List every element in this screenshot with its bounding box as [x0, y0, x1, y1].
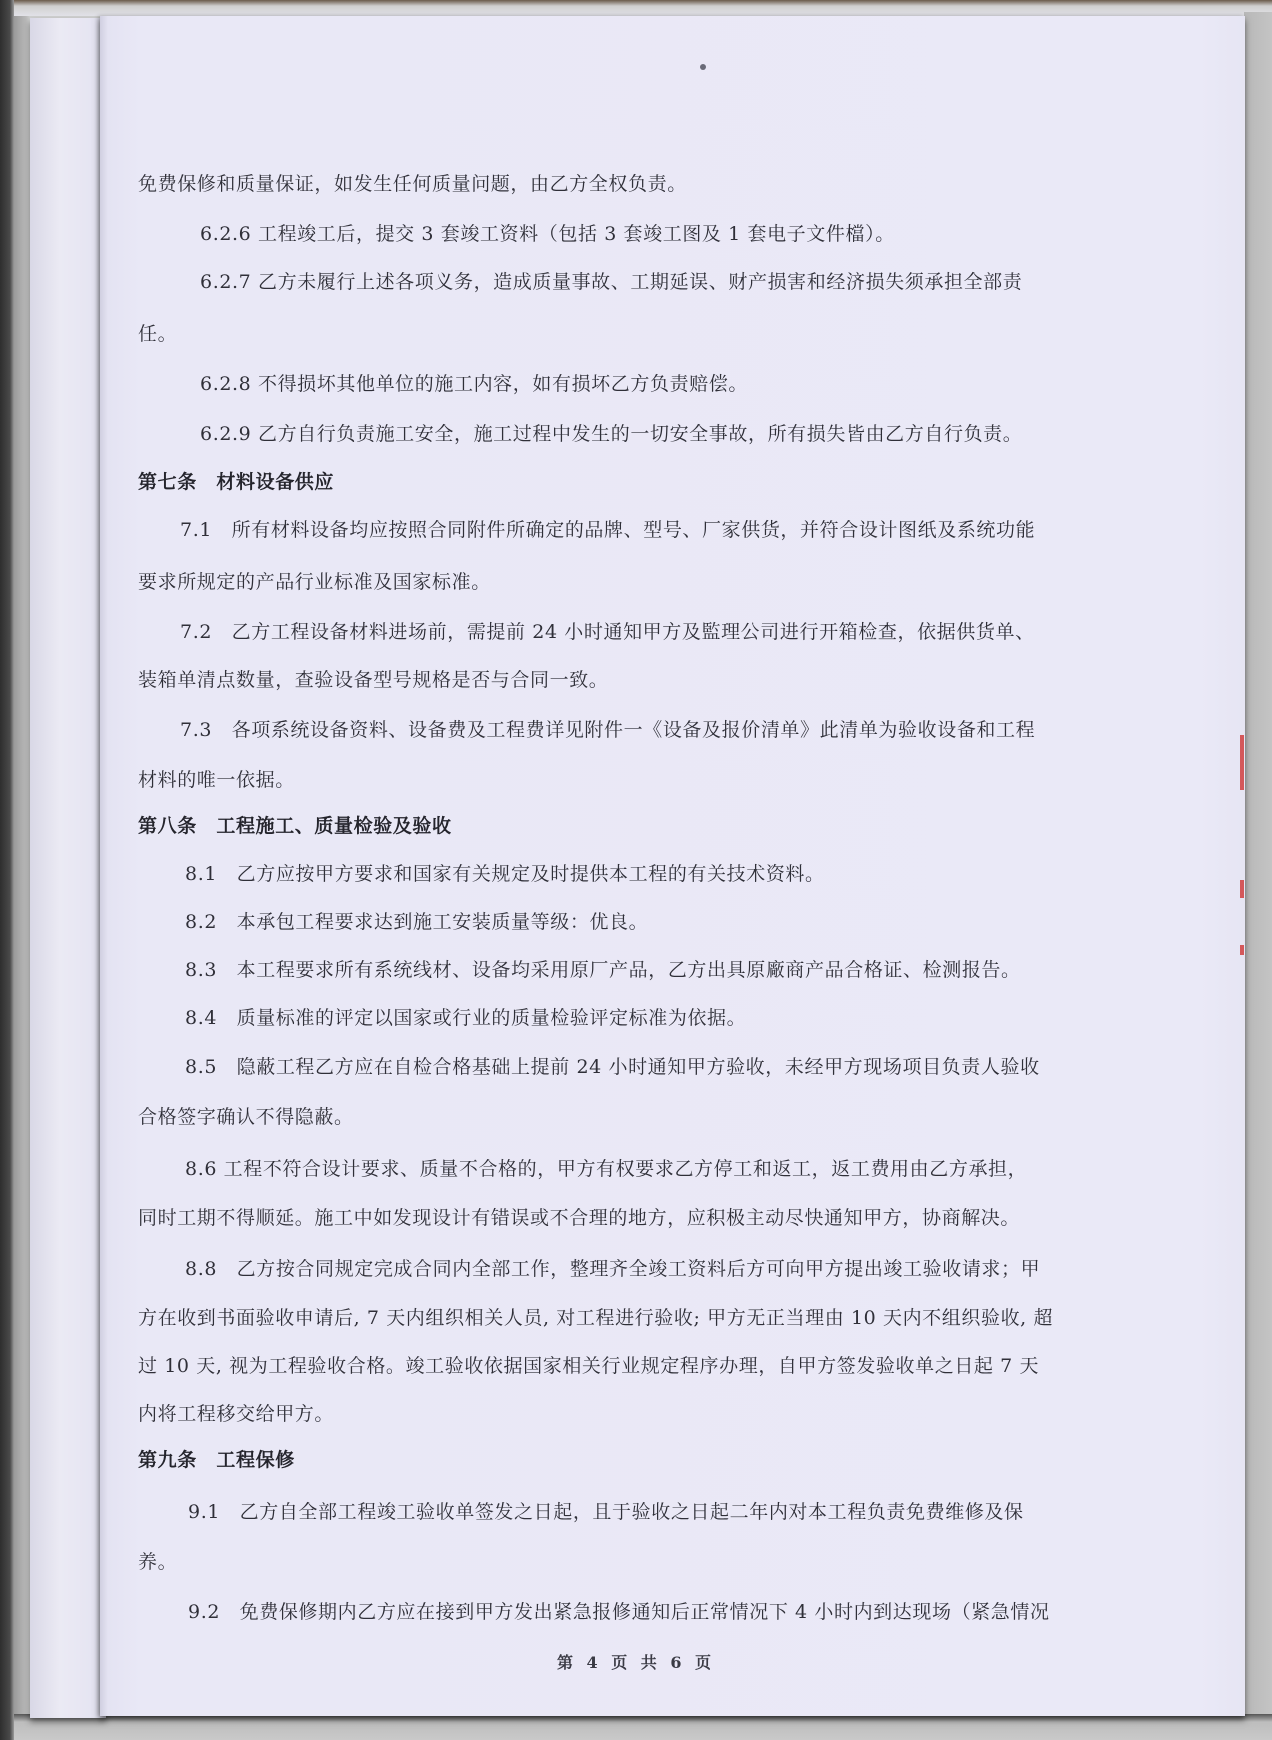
paragraph-line: 免费保修和质量保证，如发生任何质量问题，由乙方全权负责。: [138, 172, 1138, 196]
clause-9-1-cont: 养。: [138, 1550, 1138, 1574]
punch-hole-mark: [700, 64, 706, 70]
clause-7-1: 7.1 所有材料设备均应按照合同附件所确定的品牌、型号、厂家供货，并符合设计图纸…: [180, 518, 1180, 542]
clause-7-3-cont: 材料的唯一依据。: [138, 768, 1138, 792]
clause-8-8-cont-2: 过 10 天, 视为工程验收合格。竣工验收依据国家相关行业规定程序办理，自甲方签…: [138, 1354, 1138, 1378]
clause-6-2-9: 6.2.9 乙方自行负责施工安全，施工过程中发生的一切安全事故，所有损失皆由乙方…: [200, 422, 1200, 446]
seal-fragment: [1240, 945, 1244, 955]
clause-6-2-7-cont: 任。: [138, 322, 1138, 346]
scanner-right-edge: [1244, 12, 1272, 1722]
underlying-page-edge: [30, 18, 106, 1718]
article-7-heading: 第七条 材料设备供应: [138, 470, 1138, 494]
clause-8-6: 8.6 工程不符合设计要求、质量不合格的，甲方有权要求乙方停工和返工，返工费用由…: [185, 1157, 1185, 1181]
clause-6-2-6: 6.2.6 工程竣工后，提交 3 套竣工资料（包括 3 套竣工图及 1 套电子文…: [200, 222, 1200, 246]
article-8-heading: 第八条 工程施工、质量检验及验收: [138, 814, 1138, 838]
page-number-footer: 第 4 页 共 6 页: [0, 1650, 1272, 1673]
clause-7-2: 7.2 乙方工程设备材料进场前，需提前 24 小时通知甲方及監理公司进行开箱检查…: [180, 620, 1180, 644]
seal-fragment: [1240, 735, 1244, 790]
article-9-heading: 第九条 工程保修: [138, 1448, 1138, 1472]
clause-6-2-7: 6.2.7 乙方未履行上述各项义务，造成质量事故、工期延误、财产损害和经济损失须…: [200, 270, 1200, 294]
clause-8-3: 8.3 本工程要求所有系统线材、设备均采用原厂产品，乙方出具原廠商产品合格证、检…: [185, 958, 1185, 982]
scanner-top-edge: [14, 0, 1272, 16]
seal-fragment: [1240, 880, 1244, 898]
clause-8-4: 8.4 质量标准的评定以国家或行业的质量检验评定标准为依据。: [185, 1006, 1185, 1030]
clause-8-1: 8.1 乙方应按甲方要求和国家有关规定及时提供本工程的有关技术资料。: [185, 862, 1185, 886]
clause-8-8: 8.8 乙方按合同规定完成合同内全部工作，整理齐全竣工资料后方可向甲方提出竣工验…: [185, 1257, 1185, 1281]
clause-6-2-8: 6.2.8 不得损坏其他单位的施工内容，如有损坏乙方负责赔偿。: [200, 372, 1200, 396]
clause-8-8-cont-1: 方在收到书面验收申请后, 7 天内组织相关人员, 对工程进行验收; 甲方无正当理…: [138, 1306, 1138, 1330]
clause-7-1-cont: 要求所规定的产品行业标准及国家标准。: [138, 570, 1138, 594]
clause-7-3: 7.3 各项系统设备资料、设备费及工程费详见附件一《设备及报价清单》此清单为验收…: [180, 718, 1180, 742]
clause-8-5-cont: 合格签字确认不得隐蔽。: [138, 1105, 1138, 1129]
scanner-bottom-edge: [14, 1714, 1272, 1740]
clause-9-2: 9.2 免费保修期内乙方应在接到甲方发出紧急报修通知后正常情况下 4 小时内到达…: [188, 1600, 1188, 1624]
clause-8-8-cont-3: 内将工程移交给甲方。: [138, 1402, 1138, 1426]
clause-7-2-cont: 装箱单清点数量，查验设备型号规格是否与合同一致。: [138, 668, 1138, 692]
clause-8-5: 8.5 隐蔽工程乙方应在自检合格基础上提前 24 小时通知甲方验收，未经甲方现场…: [185, 1055, 1185, 1079]
clause-8-6-cont: 同时工期不得顺延。施工中如发现设计有错误或不合理的地方，应积极主动尽快通知甲方，…: [138, 1206, 1138, 1230]
clause-8-2: 8.2 本承包工程要求达到施工安装质量等级：优良。: [185, 910, 1185, 934]
clause-9-1: 9.1 乙方自全部工程竣工验收单签发之日起，且于验收之日起二年内对本工程负责免费…: [188, 1500, 1188, 1524]
